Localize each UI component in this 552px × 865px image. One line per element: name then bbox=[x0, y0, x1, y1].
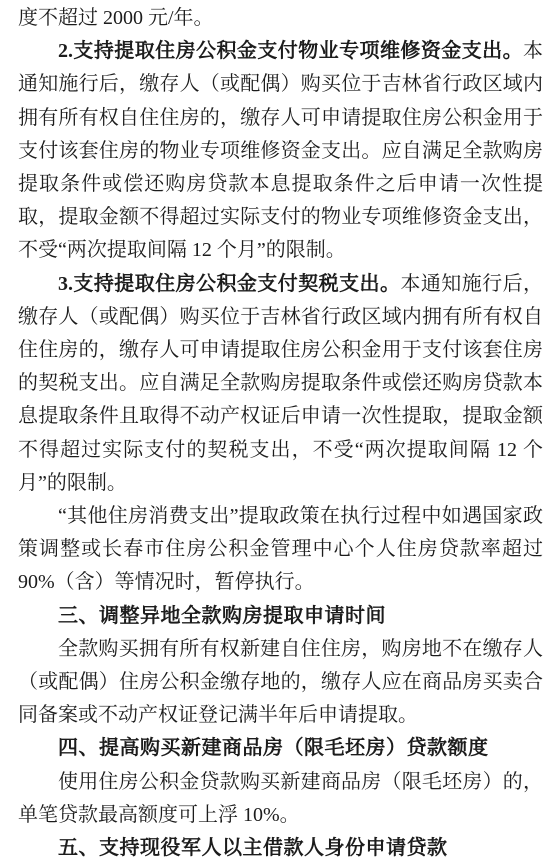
paragraph-item-3-lead: 3.支持提取住房公积金支付契税支出。 bbox=[58, 273, 400, 295]
paragraph-section-4-body: 使用住房公积金贷款购买新建商品房（限毛坯房）的，单笔贷款最高额度可上浮 10%。 bbox=[18, 766, 543, 832]
paragraph-item-3-text: 本通知施行后，缴存人（或配偶）购买位于吉林省行政区域内拥有所有权自住住房的，缴存… bbox=[18, 273, 543, 494]
paragraph-item-2-text: 本通知施行后，缴存人（或配偶）购买位于吉林省行政区域内拥有所有权自住住房的，缴存… bbox=[18, 40, 543, 261]
section-heading-4: 四、提高购买新建商品房（限毛坯房）贷款额度 bbox=[18, 732, 543, 765]
document-page: 度不超过 2000 元/年。 2.支持提取住房公积金支付物业专项维修资金支出。本… bbox=[0, 0, 552, 865]
section-heading-3: 三、调整异地全款购房提取申请时间 bbox=[18, 600, 543, 633]
paragraph-suspension-clause: “其他住房消费支出”提取政策在执行过程中如遇国家政策调整或长春市住房公积金管理中… bbox=[18, 500, 543, 600]
paragraph-item-3: 3.支持提取住房公积金支付契税支出。本通知施行后，缴存人（或配偶）购买位于吉林省… bbox=[18, 268, 543, 500]
section-heading-5: 五、支持现役军人以主借款人身份申请贷款 bbox=[18, 832, 543, 865]
paragraph-item-2-lead: 2.支持提取住房公积金支付物业专项维修资金支出。 bbox=[58, 40, 523, 62]
paragraph-item-2: 2.支持提取住房公积金支付物业专项维修资金支出。本通知施行后，缴存人（或配偶）购… bbox=[18, 35, 543, 267]
paragraph-section-3-body: 全款购买拥有所有权新建自住住房，购房地不在缴存人（或配偶）住房公积金缴存地的，缴… bbox=[18, 633, 543, 733]
paragraph-continuation: 度不超过 2000 元/年。 bbox=[18, 2, 543, 35]
